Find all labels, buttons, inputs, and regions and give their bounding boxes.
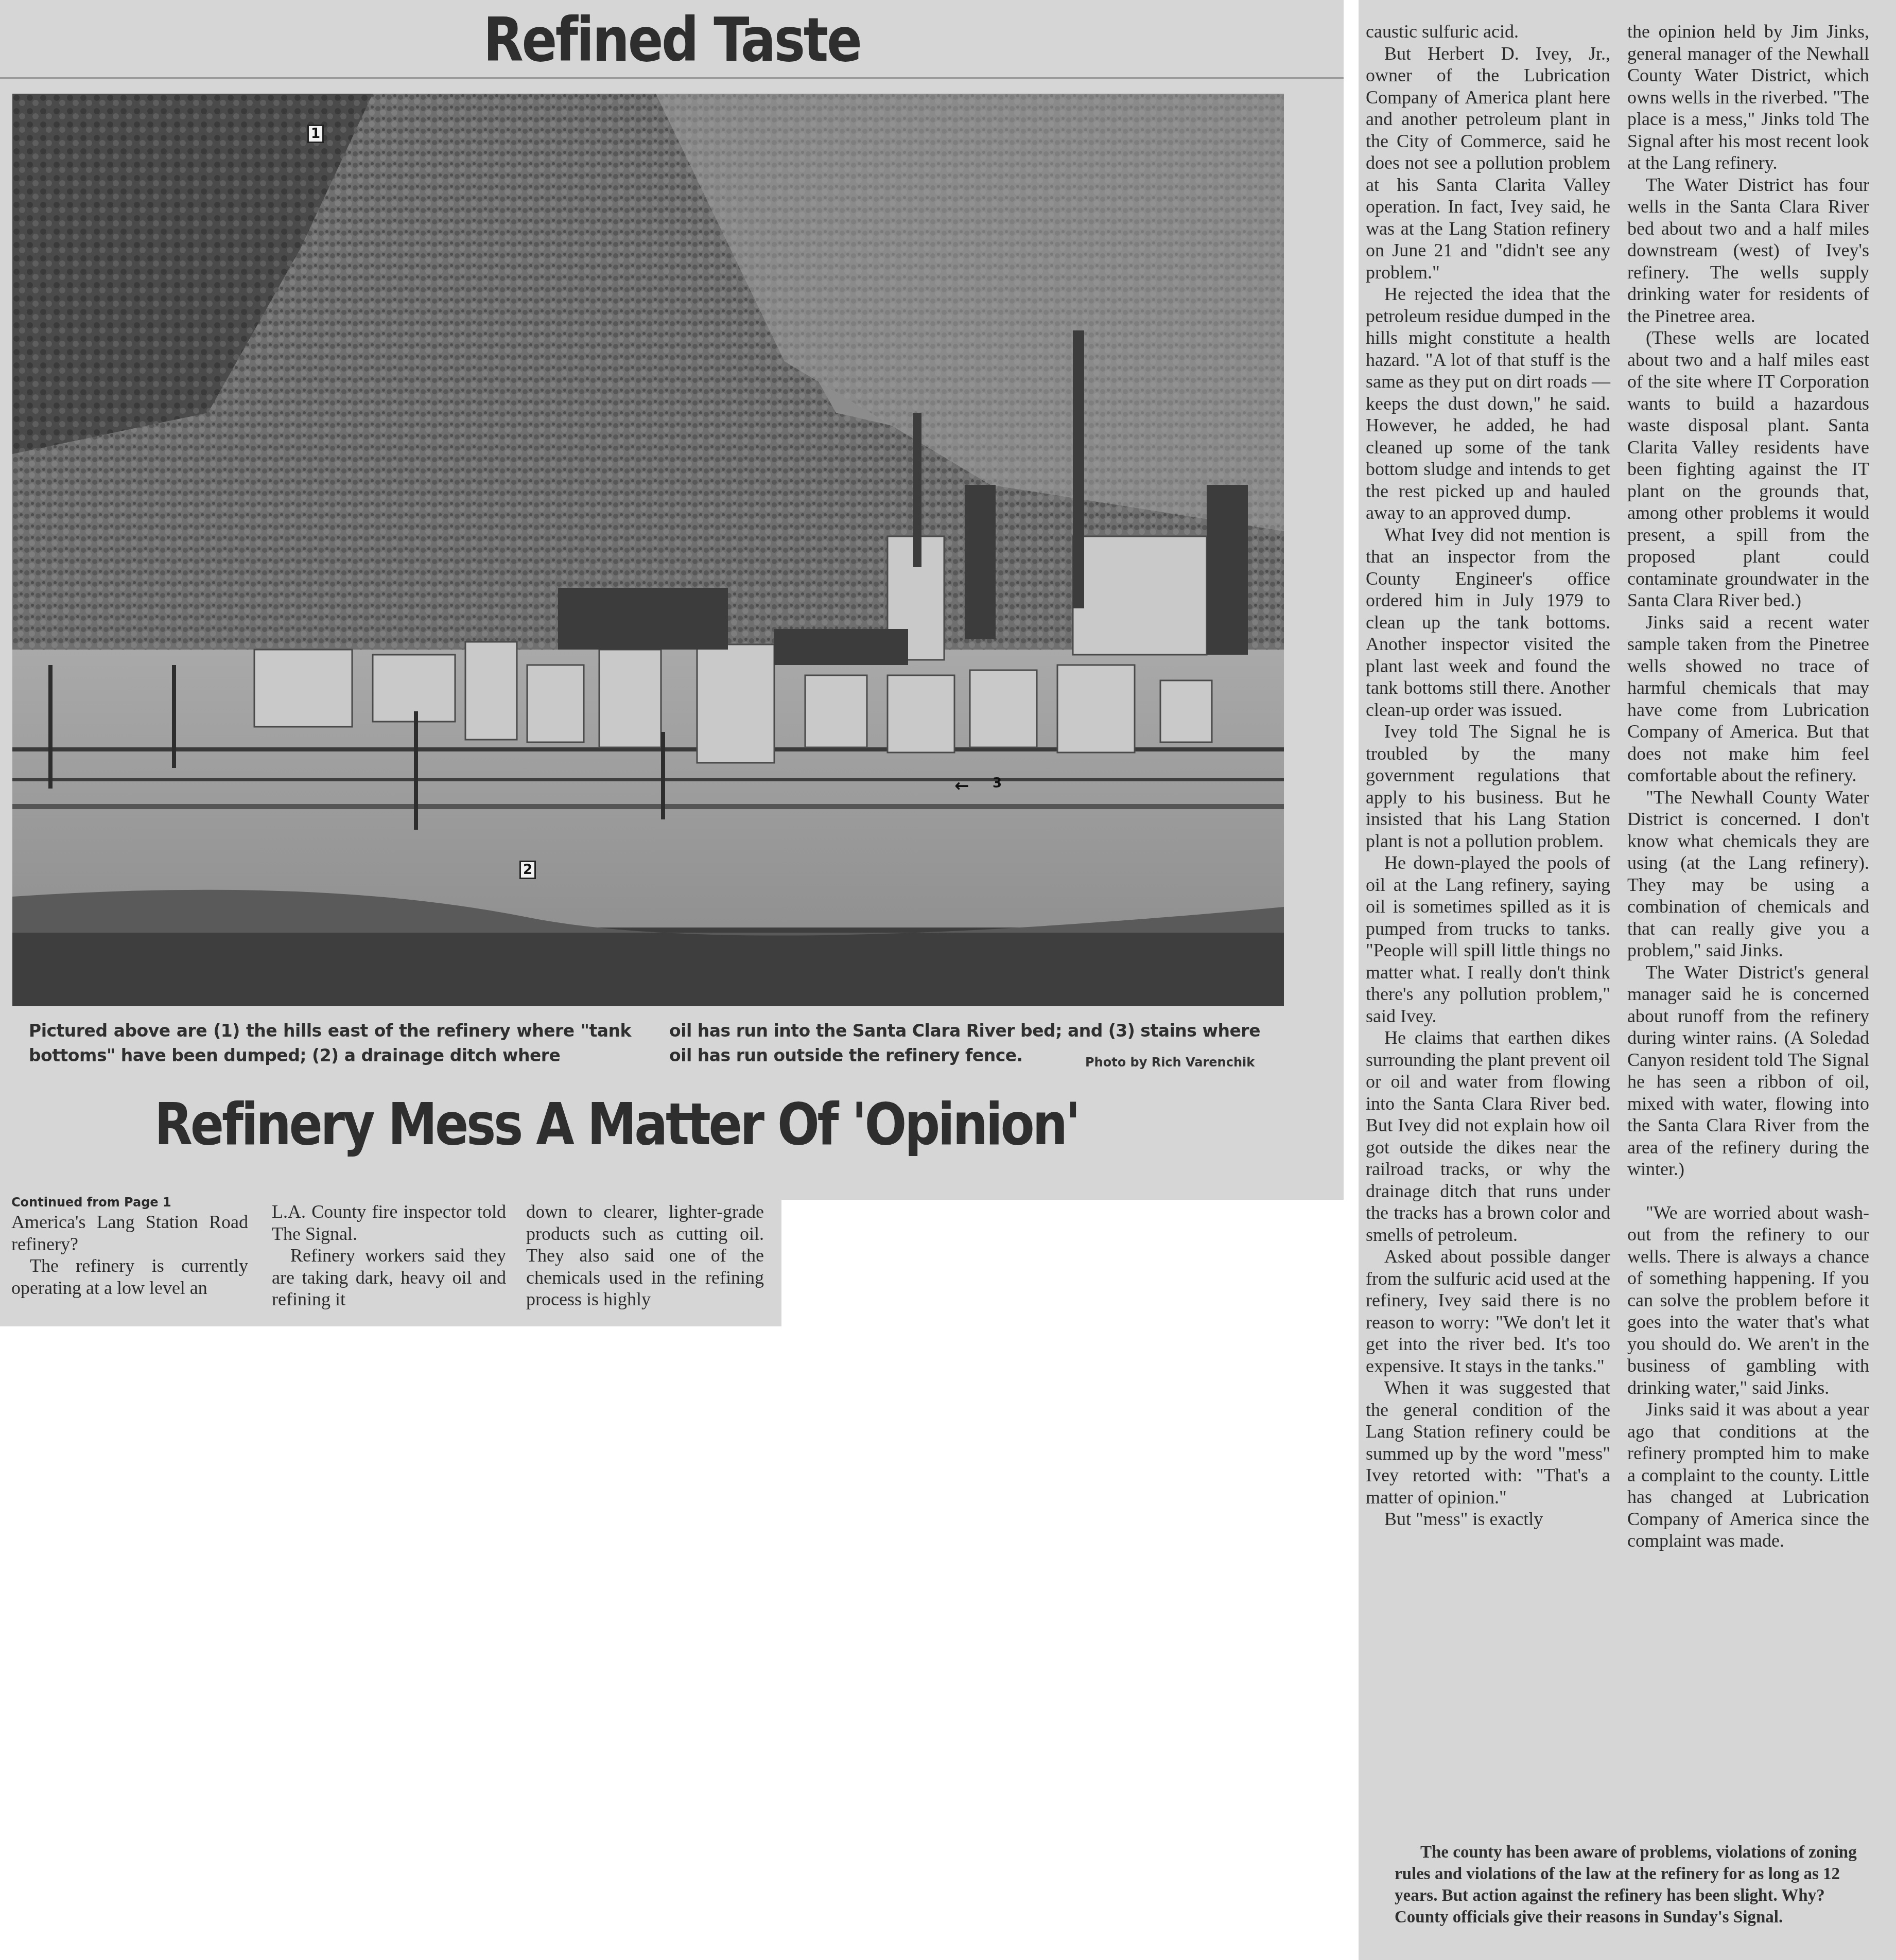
refinery-photo-illustration (12, 94, 1284, 1006)
paragraph: America's Lang Station Road refinery? (11, 1211, 248, 1255)
lower-column-3: down to clearer, lighter-grade products … (526, 1201, 764, 1310)
paragraph: When it was suggested that the general c… (1366, 1377, 1610, 1508)
article-column-1: caustic sulfuric acid. But Herbert D. Iv… (1366, 21, 1610, 1530)
article-headline: Refinery Mess A Matter Of 'Opinion' (154, 1091, 1079, 1158)
paragraph: He down-played the pools of oil at the L… (1366, 852, 1610, 1027)
paragraph: He claims that earthen dikes surrounding… (1366, 1027, 1610, 1246)
continued-from-label: Continued from Page 1 (11, 1194, 248, 1211)
paragraph: Jinks said it was about a year ago that … (1627, 1398, 1869, 1552)
article-continuation-panel: caustic sulfuric acid. But Herbert D. Iv… (1359, 0, 1896, 1960)
feature-headline: Refined Taste (94, 4, 1250, 75)
photo-marker-1: 1 (307, 125, 324, 143)
paragraph: the opinion held by Jim Jinks, general m… (1627, 21, 1869, 174)
photo-caption-left: Pictured above are (1) the hills east of… (29, 1019, 631, 1068)
divider-rule (0, 77, 1344, 79)
paragraph: Asked about possible danger from the sul… (1366, 1246, 1610, 1377)
paragraph: "The Newhall County Water District is co… (1627, 786, 1869, 961)
paragraph: He rejected the idea that the petroleum … (1366, 283, 1610, 524)
refinery-photo: 1 2 ← 3 (12, 94, 1284, 1006)
paragraph: But Herbert D. Ivey, Jr., owner of the L… (1366, 43, 1610, 284)
photo-credit: Photo by Rich Varenchik (1085, 1055, 1255, 1070)
paragraph: "We are worried about wash-out from the … (1627, 1202, 1869, 1399)
continuation-panel: Continued from Page 1 America's Lang Sta… (0, 1194, 781, 1326)
photo-feature-panel: Refined Taste (0, 0, 1344, 1200)
paragraph: L.A. County fire inspector told The Sign… (272, 1201, 506, 1245)
paragraph: (These wells are located about two and a… (1627, 327, 1869, 611)
article-column-2: the opinion held by Jim Jinks, general m… (1627, 21, 1869, 1552)
closing-note: The county has been aware of problems, v… (1395, 1842, 1878, 1928)
photo-marker-2: 2 (519, 861, 536, 879)
paragraph: Ivey told The Signal he is troubled by t… (1366, 721, 1610, 852)
lower-column-2: L.A. County fire inspector told The Sign… (272, 1201, 506, 1310)
paragraph: Jinks said a recent water sample taken f… (1627, 611, 1869, 786)
paragraph: Refinery workers said they are taking da… (272, 1245, 506, 1310)
paragraph: The refinery is currently operating at a… (11, 1255, 248, 1299)
paragraph: down to clearer, lighter-grade products … (526, 1201, 764, 1310)
lower-column-1: Continued from Page 1 America's Lang Sta… (11, 1194, 248, 1299)
photo-marker-3: 3 (990, 776, 1004, 791)
paragraph: caustic sulfuric acid. (1366, 21, 1610, 43)
paragraph: The Water District's general manager sai… (1627, 961, 1869, 1180)
photo-marker-3-arrow: ← (954, 776, 969, 796)
paragraph: What Ivey did not mention is that an ins… (1366, 524, 1610, 721)
paragraph: But "mess" is exactly (1366, 1508, 1610, 1530)
paragraph: The Water District has four wells in the… (1627, 174, 1869, 327)
